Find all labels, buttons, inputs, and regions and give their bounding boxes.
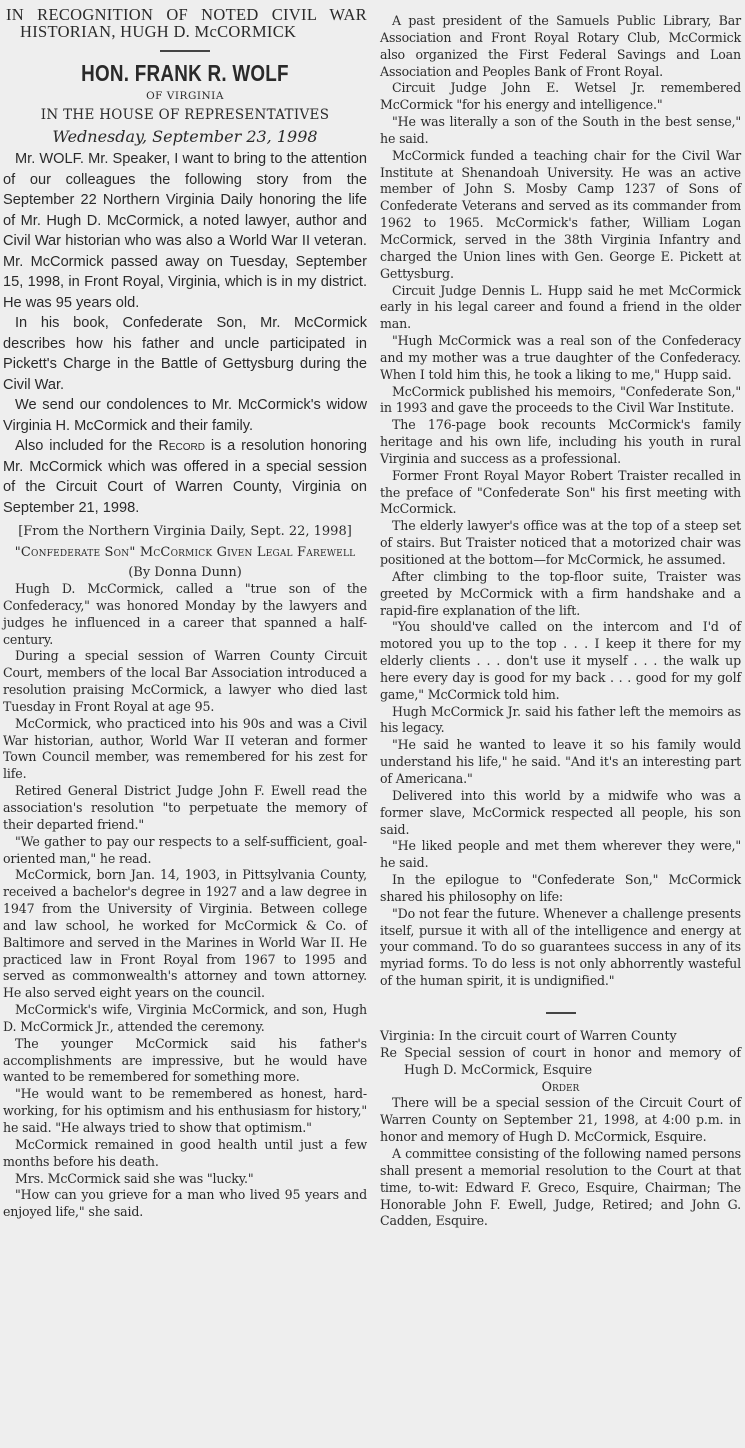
article-paragraph: Hugh D. McCormick, called a "true son of… [3,581,367,648]
article-paragraph: The 176-page book recounts McCormick's f… [380,417,741,468]
article-paragraph: "He would want to be remembered as hones… [3,1086,367,1137]
speech-date: Wednesday, September 23, 1998 [3,127,367,146]
article-paragraph: Circuit Judge John E. Wetsel Jr. remembe… [380,80,741,114]
article-paragraph: "We gather to pay our respects to a self… [3,834,367,868]
right-column: A past president of the Samuels Public L… [380,0,741,1230]
court-caption-re: Re Special session of court in honor and… [380,1045,741,1079]
article-paragraph: McCormick published his memoirs, "Confed… [380,384,741,418]
article-paragraph: Retired General District Judge John F. E… [3,783,367,834]
statement-paragraph: Mr. WOLF. Mr. Speaker, I want to bring t… [3,149,367,313]
article-paragraph: "You should've called on the intercom an… [380,619,741,703]
order-paragraph: There will be a special session of the C… [380,1095,741,1146]
article-paragraph: McCormick funded a teaching chair for th… [380,148,741,283]
title-divider [160,50,210,52]
article-paragraph: Mrs. McCormick said she was "lucky." [3,1171,367,1188]
article-paragraph: Former Front Royal Mayor Robert Traister… [380,468,741,519]
article-paragraph: The elderly lawyer's office was at the t… [380,518,741,569]
member-name: HON. FRANK R. WOLF [36,60,334,86]
statement-paragraph: In his book, Confederate Son, Mr. McCorm… [3,313,367,395]
article-paragraph: "Hugh McCormick was a real son of the Co… [380,333,741,384]
article-paragraph: McCormick, born Jan. 14, 1903, in Pittsy… [3,867,367,1002]
article-paragraph: The younger McCormick said his father's … [3,1036,367,1087]
article-paragraph: After climbing to the top-floor suite, T… [380,569,741,620]
order-heading: Order [380,1079,741,1094]
source-citation: [From the Northern Virginia Daily, Sept.… [3,523,367,540]
record-page: IN RECOGNITION OF NOTED CIVIL WAR HISTOR… [0,0,745,1448]
chamber: IN THE HOUSE OF REPRESENTATIVES [3,107,367,123]
article-paragraph: McCormick remained in good health until … [3,1137,367,1171]
record-word: Record [158,438,205,454]
article-headline: "Confederate Son" McCormick Given Legal … [3,544,367,562]
article-paragraph: Delivered into this world by a midwife w… [380,788,741,839]
article-paragraph: A past president of the Samuels Public L… [380,13,741,80]
article-paragraph: During a special session of Warren Count… [3,648,367,715]
article-paragraph: "How can you grieve for a man who lived … [3,1187,367,1221]
page-title: IN RECOGNITION OF NOTED CIVIL WAR HISTOR… [3,6,367,40]
court-caption: Virginia: In the circuit court of Warren… [380,1028,741,1045]
record-before: Also included for the [15,438,158,454]
statement-paragraph: We send our condolences to Mr. McCormick… [3,395,367,436]
article-byline: (By Donna Dunn) [3,565,367,580]
article-paragraph: McCormick, who practiced into his 90s an… [3,716,367,783]
article-paragraph: Circuit Judge Dennis L. Hupp said he met… [380,283,741,334]
record-paragraph: Also included for the Record is a resolu… [3,436,367,518]
article-paragraph: McCormick's wife, Virginia McCormick, an… [3,1002,367,1036]
left-column: IN RECOGNITION OF NOTED CIVIL WAR HISTOR… [3,0,367,1221]
section-divider [546,1012,576,1014]
article-paragraph: "Do not fear the future. Whenever a chal… [380,906,741,990]
article-paragraph: "He liked people and met them wherever t… [380,838,741,872]
article-paragraph: In the epilogue to "Confederate Son," Mc… [380,872,741,906]
member-state: OF VIRGINIA [3,90,367,102]
article-paragraph: Hugh McCormick Jr. said his father left … [380,704,741,738]
article-paragraph: "He said he wanted to leave it so his fa… [380,737,741,788]
article-paragraph: "He was literally a son of the South in … [380,114,741,148]
order-paragraph: A committee consisting of the following … [380,1146,741,1230]
